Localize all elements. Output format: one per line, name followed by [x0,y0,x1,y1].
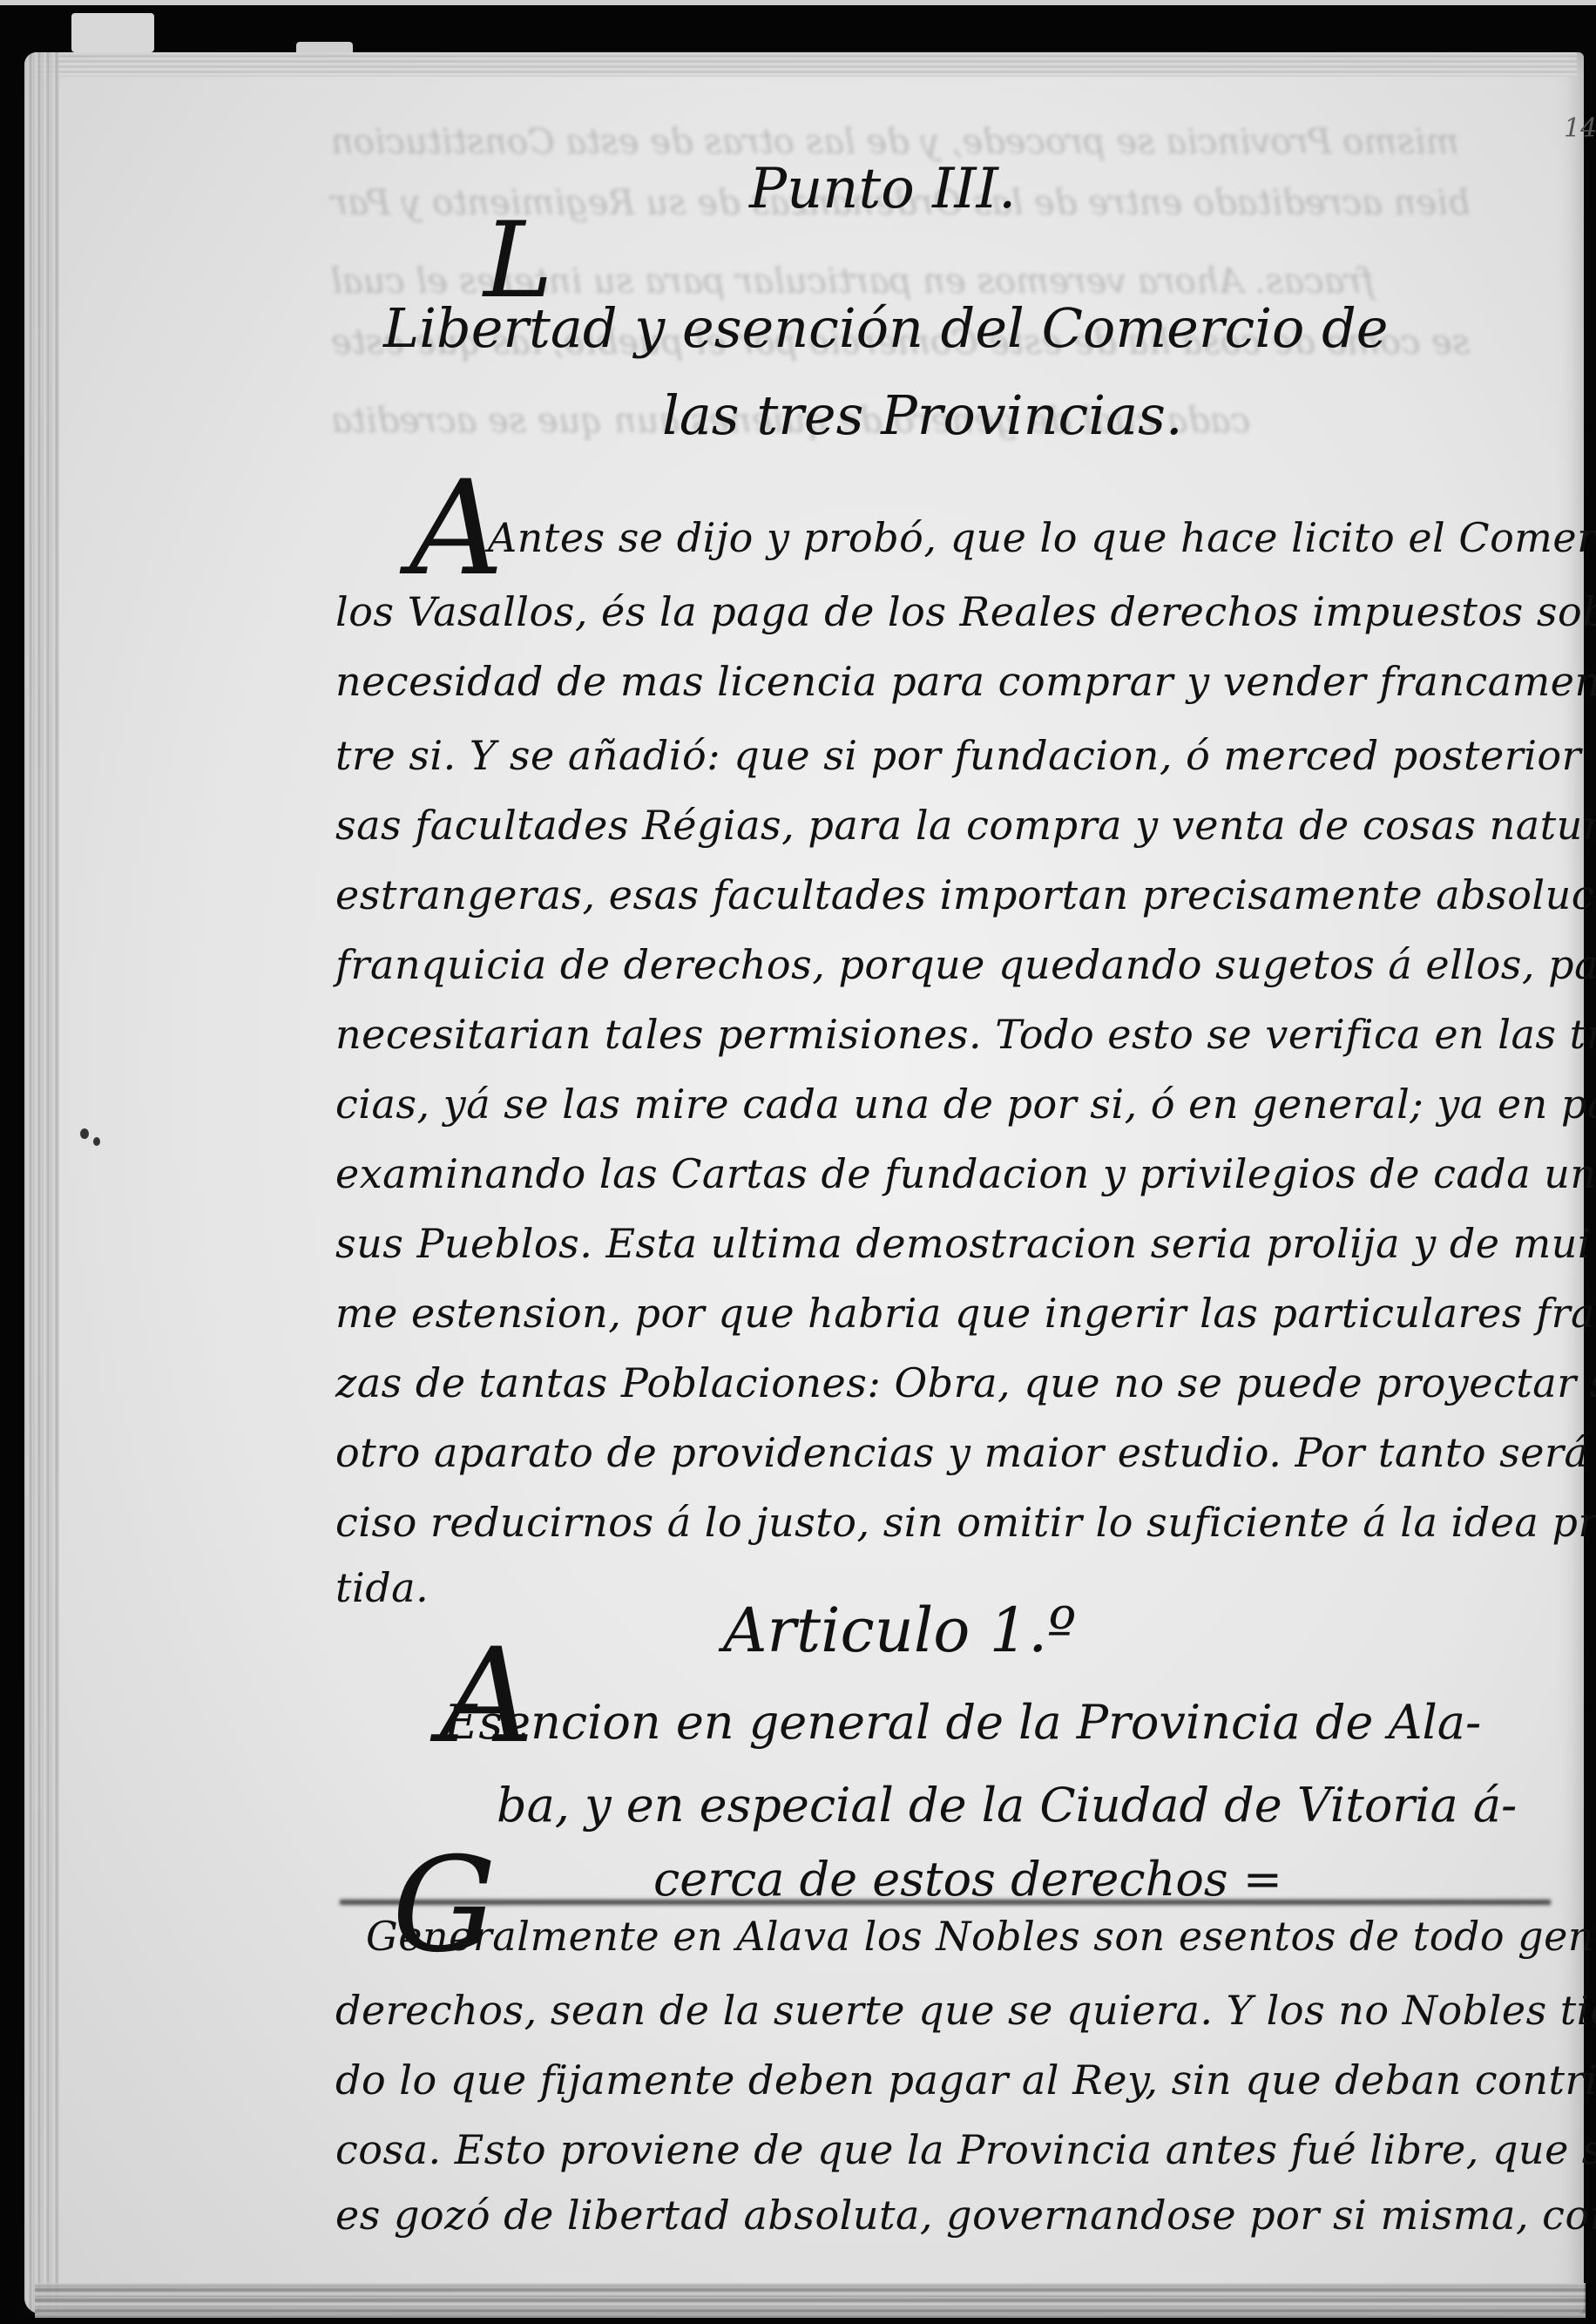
article-heading: Articulo 1.º [723,1595,1076,1666]
text-line: necesidad de mas licencia para comprar y… [335,658,1596,705]
text-line: ciso reducirnos á lo justo, sin omitir l… [335,1499,1596,1546]
section-title-line-1: Libertad y esención del Comercio de [383,296,1388,360]
text-line: derechos, sean de la suerte que se quier… [335,1987,1596,2034]
text-line: cias, yá se las mire cada una de por si,… [335,1081,1596,1128]
text-line: cosa. Esto proviene de que la Provincia … [335,2126,1596,2173]
ink-blot [93,1137,100,1146]
text-line: los Vasallos, és la paga de los Reales d… [335,588,1596,635]
text-line: necesitarian tales permisiones. Todo est… [335,1011,1596,1058]
scanner-edge [0,0,1596,5]
article-subtitle-line: Esencion en general de la Provincia de A… [444,1695,1481,1750]
text-line: me estension, por que habria que ingerir… [335,1290,1596,1337]
horizontal-rule [340,1900,1551,1905]
text-line: Antes se dijo y probó, que lo que hace l… [488,514,1596,561]
text-line: zas de tantas Poblaciones: Obra, que no … [335,1359,1596,1406]
text-line: sus Pueblos. Esta ultima demostracion se… [335,1220,1596,1267]
text-line: es gozó de libertad absoluta, governando… [335,2192,1596,2239]
binding-tab [71,13,154,52]
section-heading: Punto III. [749,157,1016,221]
page-edge-bottom [35,2283,1586,2318]
page-edge-left [24,52,59,2314]
text-line: franquicia de derechos, porque quedando … [335,941,1596,988]
text-line: otro aparato de providencias y maior est… [335,1429,1596,1476]
page-edge-top [35,52,1577,77]
text-line: estrangeras, esas facultades importan pr… [335,871,1596,918]
text-line: examinando las Cartas de fundacion y pri… [335,1150,1596,1197]
text-line: sas facultades Régias, para la compra y … [335,802,1596,849]
section-title-line-2: las tres Provincias. [662,383,1183,447]
ink-blot [80,1128,89,1139]
text-line: do lo que fijamente deben pagar al Rey, … [335,2056,1596,2104]
text-line: tre si. Y se añadió: que si por fundacio… [335,732,1596,779]
text-line: tida. [335,1564,429,1611]
folio-mark: 14 [1564,113,1596,144]
text-line: Generalmente en Alava los Nobles son ese… [366,1913,1596,1960]
article-subtitle-line: cerca de estos derechos = [653,1852,1282,1907]
article-subtitle-line: ba, y en especial de la Ciudad de Vitori… [497,1778,1517,1833]
